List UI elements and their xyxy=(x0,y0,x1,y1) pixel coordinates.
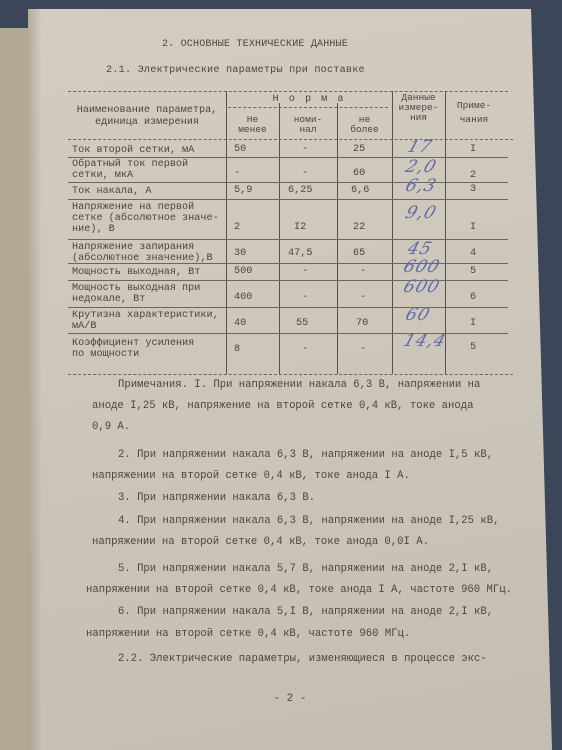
row-nominal: - xyxy=(302,168,308,179)
row-note: I xyxy=(470,318,476,329)
header-parameter-line: Наименование параметра, xyxy=(68,105,226,117)
row-max: - xyxy=(360,344,366,355)
page-shadow xyxy=(28,9,42,750)
continuation-text: 2.2. Электрические параметры, изменяющие… xyxy=(118,653,487,665)
row-nominal: 55 xyxy=(296,318,308,329)
row-rule xyxy=(68,307,508,308)
row-min: 50 xyxy=(234,144,246,155)
header-min: Не менее xyxy=(226,115,279,135)
row-name-line: ние), В xyxy=(72,224,219,235)
note-2-line: напряжении на второй сетке 0,4 кВ, токе … xyxy=(92,470,410,482)
row-name-line: мА/В xyxy=(72,321,219,332)
row-name-line: сетке (абсолютное значе- xyxy=(72,213,219,224)
header-notes-line: Приме- xyxy=(445,99,503,113)
row-note: 6 xyxy=(470,292,476,303)
row-rule xyxy=(68,280,508,281)
table-top-rule xyxy=(68,91,508,92)
col-divider xyxy=(392,91,393,374)
row-name: Ток второй сетки, мА xyxy=(72,145,194,156)
row-note: 5 xyxy=(470,266,476,277)
header-parameter-line: единица измерения xyxy=(68,117,226,129)
row-nominal: I2 xyxy=(294,222,306,233)
row-measured: 60 xyxy=(403,305,433,325)
row-name-line: (абсолютное значение),В xyxy=(72,253,213,264)
row-name: Ток накала, А xyxy=(72,186,151,197)
row-min: 500 xyxy=(234,266,252,277)
row-name-line: Обратный ток первой xyxy=(72,159,188,170)
row-rule xyxy=(68,182,508,183)
row-nominal: 6,25 xyxy=(288,185,312,196)
note-6-line: напряжении на второй сетке 0,4 кВ, часто… xyxy=(86,628,410,640)
row-note: 4 xyxy=(470,248,476,259)
row-rule xyxy=(68,157,508,158)
row-nominal: - xyxy=(302,266,308,277)
row-max: 65 xyxy=(353,248,365,259)
note-5-line: напряжении на второй сетке 0,4 кВ, токе … xyxy=(86,584,512,596)
row-measured: 600 xyxy=(401,257,443,277)
row-max: - xyxy=(360,292,366,303)
row-nominal: - xyxy=(302,292,308,303)
row-min: 5,9 xyxy=(234,185,252,196)
table-bottom-rule xyxy=(68,374,513,375)
row-name: Мощность выходная, Вт xyxy=(72,267,200,278)
parameters-table: Наименование параметра, единица измерени… xyxy=(68,91,518,376)
header-nominal: номи- нал xyxy=(279,115,337,135)
row-measured: 9,0 xyxy=(403,203,440,223)
row-measured: 45 xyxy=(405,239,435,259)
row-min: 40 xyxy=(234,318,246,329)
row-nominal: - xyxy=(302,344,308,355)
note-5-first: 5. При напряжении накала 5,7 В, напряжен… xyxy=(118,563,493,575)
row-name-line: по мощности xyxy=(72,349,194,360)
row-rule xyxy=(68,199,508,200)
row-max: 70 xyxy=(356,318,368,329)
row-name-line: недокале, Вт xyxy=(72,294,200,305)
note-6-first: 6. При напряжении накала 5,I В, напряжен… xyxy=(118,606,493,618)
header-bottom-rule xyxy=(68,139,513,140)
note-1-first: Примечания. I. При напряжении накала 6,3… xyxy=(118,379,480,391)
row-min: 30 xyxy=(234,248,246,259)
document-page: 2. ОСНОВНЫЕ ТЕХНИЧЕСКИЕ ДАННЫЕ 2.1. Элек… xyxy=(28,9,552,750)
row-measured: 600 xyxy=(401,277,443,297)
header-notes-line: чания xyxy=(445,113,503,127)
row-max: 22 xyxy=(353,222,365,233)
row-rule xyxy=(68,239,508,240)
row-name: Крутизна характеристики, мА/В xyxy=(72,310,219,332)
row-measured: 2,0 xyxy=(403,157,440,177)
row-name-line: Мощность выходная при xyxy=(72,283,200,294)
row-nominal: - xyxy=(302,144,308,155)
note-4-first: 4. При напряжении накала 6,3 В, напряжен… xyxy=(118,515,499,527)
row-max: 60 xyxy=(353,168,365,179)
row-nominal: 47,5 xyxy=(288,248,312,259)
row-note: I xyxy=(470,222,476,233)
header-measured-line: ния xyxy=(392,113,445,123)
note-4-line: напряжении на второй сетке 0,4 кВ, токе … xyxy=(92,536,429,548)
row-min: 400 xyxy=(234,292,252,303)
header-notes: Приме- чания xyxy=(445,99,503,127)
subsection-title: 2.1. Электрические параметры при поставк… xyxy=(106,65,365,76)
row-name-line: сетки, мкА xyxy=(72,170,188,181)
row-name: Напряжение запирания (абсолютное значени… xyxy=(72,242,213,264)
row-name: Напряжение на первой сетке (абсолютное з… xyxy=(72,202,219,235)
note-1-line: 0,9 А. xyxy=(92,421,130,433)
row-note: I xyxy=(470,144,476,155)
row-max: - xyxy=(360,266,366,277)
header-max: не более xyxy=(337,115,392,135)
row-name-line: Напряжение запирания xyxy=(72,242,213,253)
row-name-line: Напряжение на первой xyxy=(72,202,219,213)
row-name-line: Крутизна характеристики, xyxy=(72,310,219,321)
section-title: 2. ОСНОВНЫЕ ТЕХНИЧЕСКИЕ ДАННЫЕ xyxy=(162,39,348,50)
norm-group-rule xyxy=(228,107,388,108)
row-name: Коэффициент усиления по мощности xyxy=(72,338,194,360)
row-min: 2 xyxy=(234,222,240,233)
row-max: 25 xyxy=(353,144,365,155)
note-2-first: 2. При напряжении накала 6,3 В, напряжен… xyxy=(118,449,493,461)
row-min: - xyxy=(234,168,240,179)
row-name: Обратный ток первой сетки, мкА xyxy=(72,159,188,181)
row-note: 2 xyxy=(470,170,476,181)
header-norm: Н о р м а xyxy=(226,94,392,105)
note-3-first: 3. При напряжении накала 6,3 В. xyxy=(118,492,315,504)
row-measured: 14,4 xyxy=(401,331,449,351)
row-name-line: Коэффициент усиления xyxy=(72,338,194,349)
row-max: 6,6 xyxy=(351,185,369,196)
row-note: 5 xyxy=(470,342,476,353)
header-max-line: более xyxy=(337,125,392,135)
header-nominal-line: нал xyxy=(279,125,337,135)
page-number: - 2 - xyxy=(28,693,552,705)
row-measured: 17 xyxy=(405,137,435,157)
row-min: 8 xyxy=(234,344,240,355)
row-measured: 6,3 xyxy=(403,176,440,196)
header-parameter: Наименование параметра, единица измерени… xyxy=(68,105,226,129)
row-name: Мощность выходная при недокале, Вт xyxy=(72,283,200,305)
note-1-line: аноде I,25 кВ, напряжение на второй сетк… xyxy=(92,400,473,412)
row-note: 3 xyxy=(470,184,476,195)
header-measured: Данные измере- ния xyxy=(392,93,445,123)
header-min-line: менее xyxy=(226,125,279,135)
